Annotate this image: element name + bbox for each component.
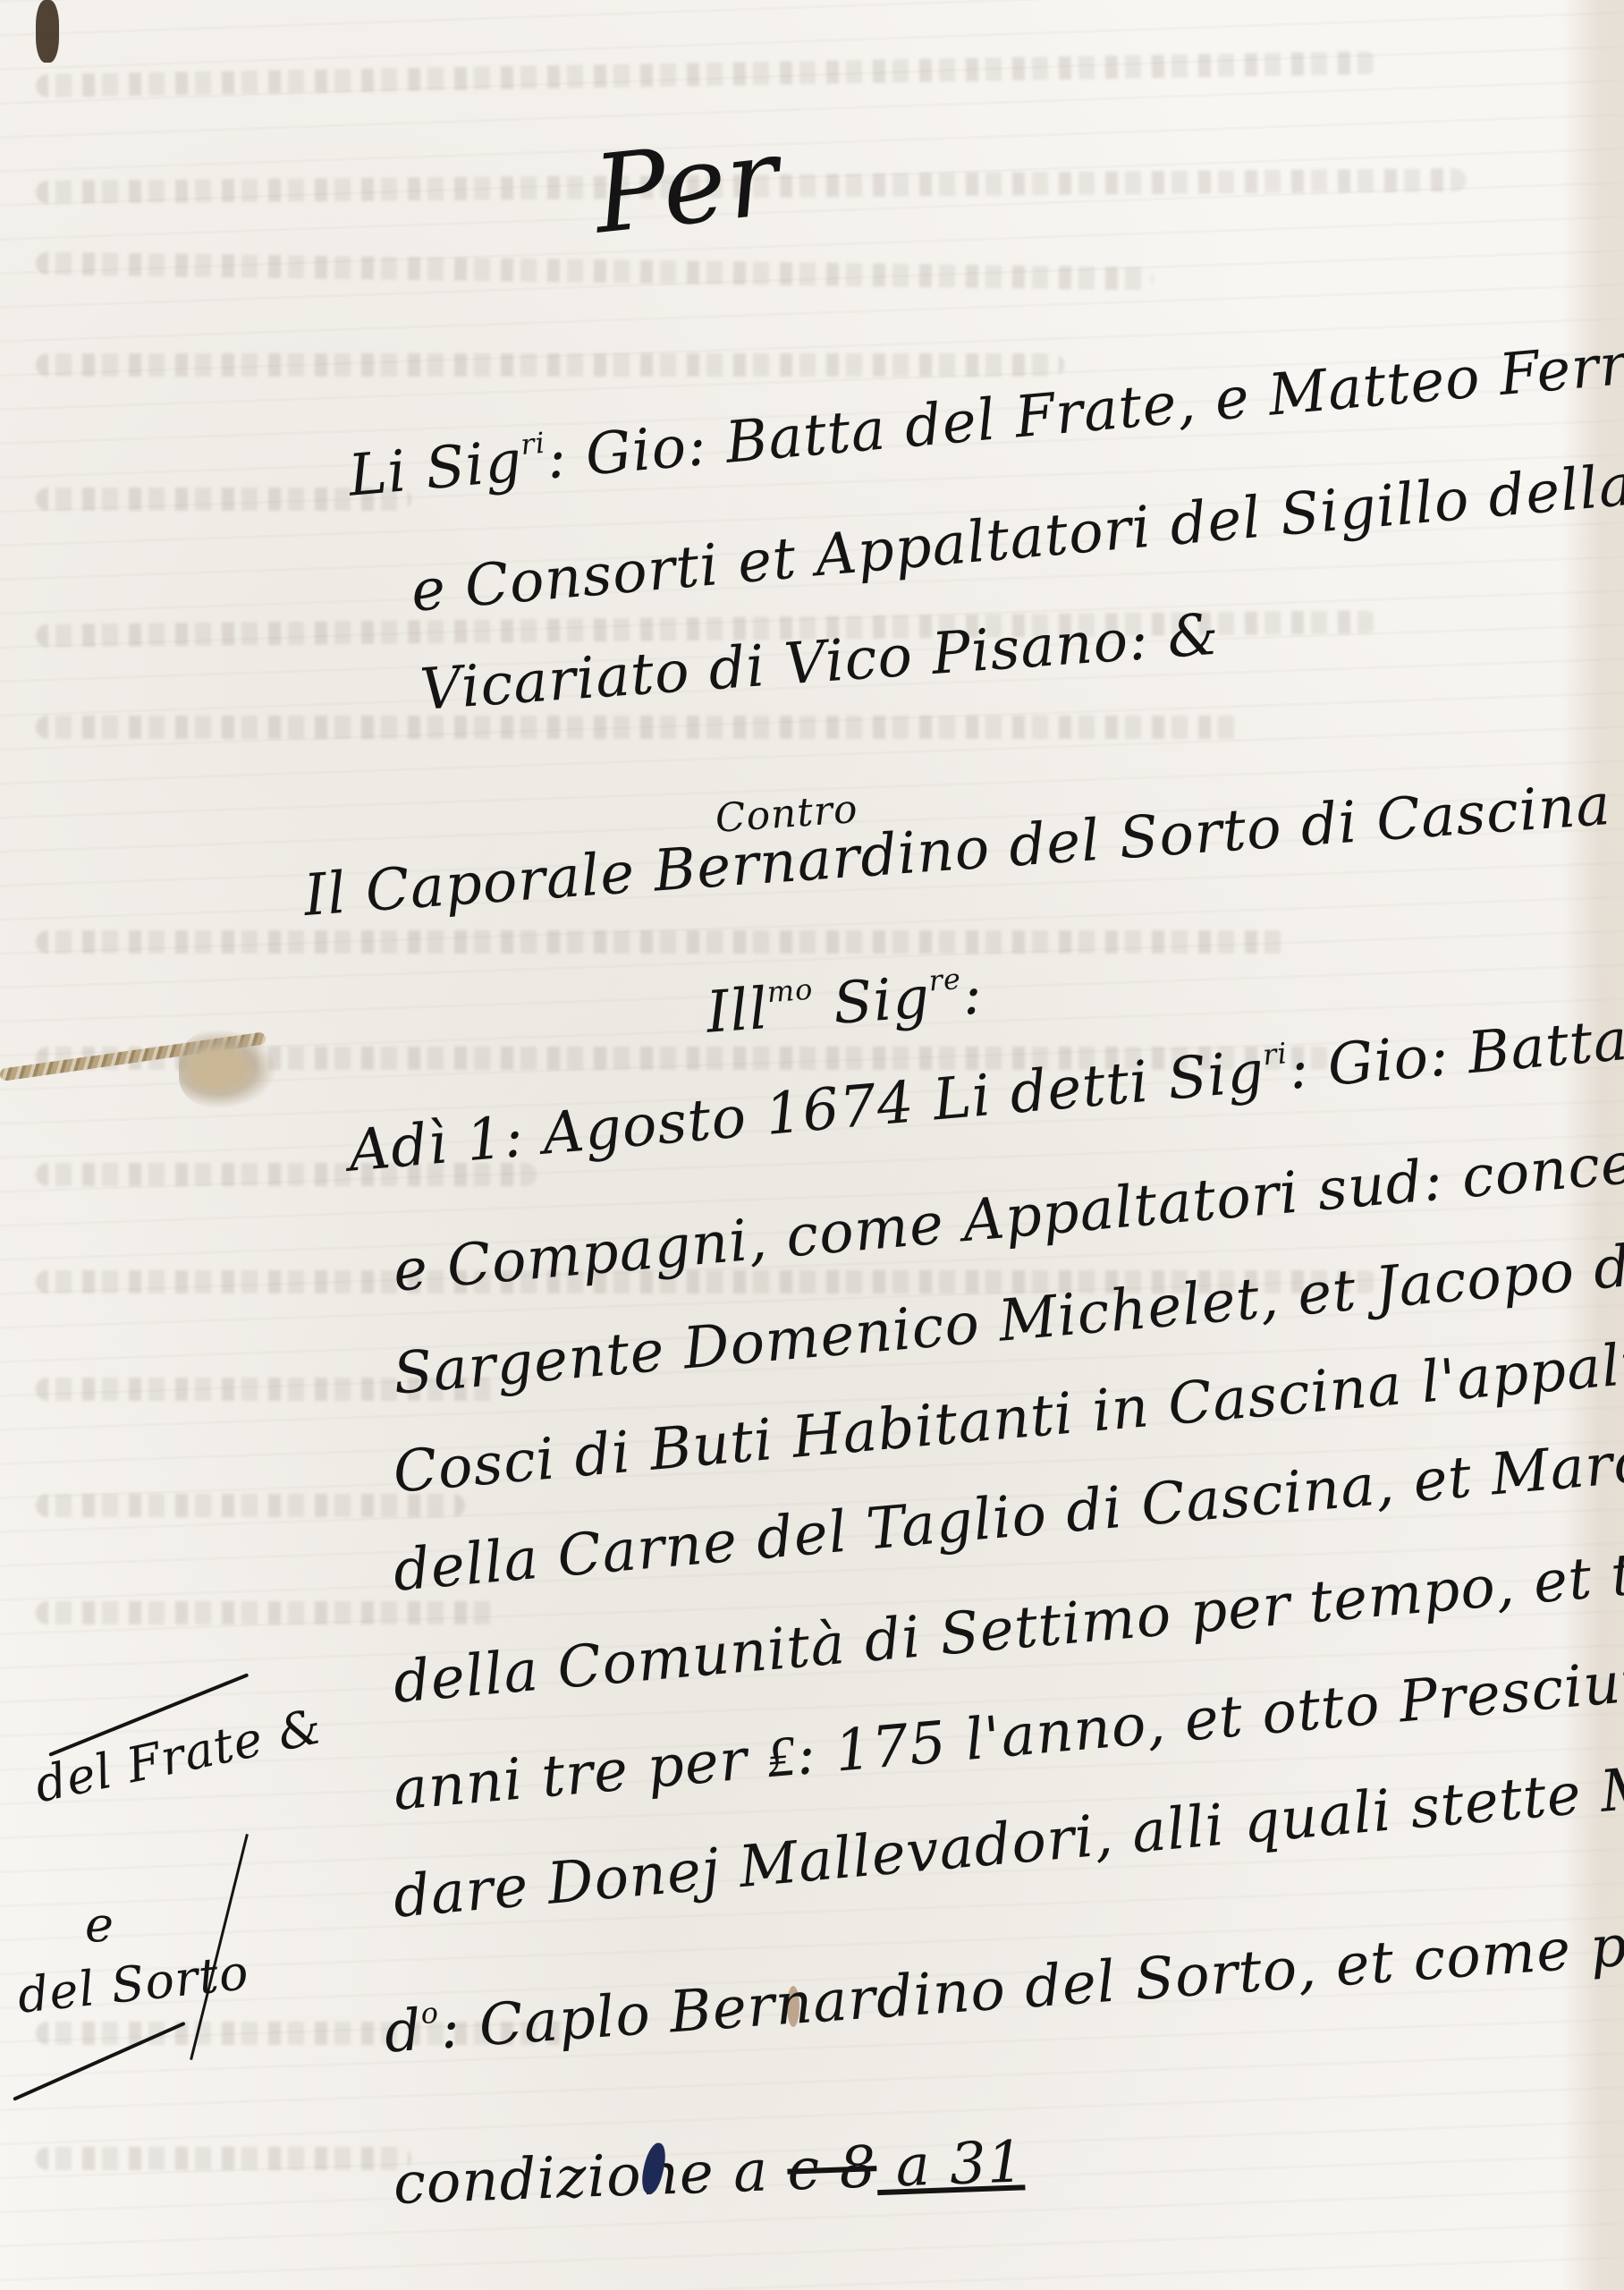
heading-per: Per <box>588 115 785 259</box>
salutation-prefix: Ill <box>704 976 770 1047</box>
bleed-through-line <box>36 716 1243 739</box>
ink-spot <box>36 0 59 63</box>
bleed-through-line <box>36 930 1288 954</box>
bleed-through-line <box>36 353 1064 377</box>
margin-note-text: del Frate & <box>30 1698 326 1813</box>
bleed-through-line <box>36 2147 411 2170</box>
bleed-through-line <box>36 1601 501 1624</box>
binding-thread-knot <box>179 1029 277 1109</box>
addressee-prefix: Li Sig <box>346 428 525 510</box>
contro-line: Il Caporale Bernardino del Sorto di Casc… <box>301 766 1624 929</box>
salutation: Illmo Sigre: <box>704 961 985 1047</box>
margin-note-line-2: e <box>85 1896 114 1953</box>
superscript: ri <box>520 426 547 462</box>
body-text: d <box>382 1997 424 2066</box>
defendant-name: Il Caporale Bernardino del Sorto di Casc… <box>301 766 1624 929</box>
margin-note-text: e <box>85 1896 114 1953</box>
body-text: : Capl <box>438 1984 618 2063</box>
page-reference: a 31 <box>875 2129 1026 2201</box>
body-text: o Bernardino del Sorto, et come p <box>613 1913 1624 2050</box>
salutation-suffix: : <box>960 961 985 1028</box>
salutation-mid: Sig <box>812 964 932 1039</box>
body-text: condizione a <box>393 2138 770 2218</box>
manuscript-page: Per Li Sigri: Gio: Batta del Frate, e Ma… <box>0 0 1624 2290</box>
superscript: ri <box>1262 1036 1290 1072</box>
bleed-through-line <box>36 51 1377 98</box>
bleed-through-line <box>36 251 1154 290</box>
margin-note-line-1: del Frate & <box>30 1698 326 1813</box>
superscript: mo <box>765 972 814 1010</box>
struck-through-text: c 8 <box>786 2134 877 2203</box>
superscript: re <box>927 962 962 997</box>
heading-text: Per <box>588 115 785 259</box>
body-line-10: condizione a c 8 a 31 <box>393 2129 1026 2218</box>
